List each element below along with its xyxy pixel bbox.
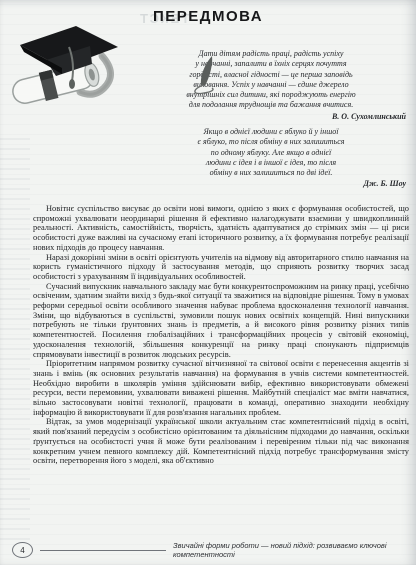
book-page: ТЕКСТ ПЕРЕДМОВА Дати дітям радість праці…: [0, 0, 416, 565]
page-number-badge: 4: [12, 542, 33, 558]
paragraph-3: Сучасний випускник навчального закладу м…: [33, 282, 409, 360]
epigraph-author: Дж. Б. Шоу: [134, 179, 408, 189]
paragraph-1: Новітнє суспільство висуває до освіти но…: [33, 204, 409, 253]
epigraph-text: Якщо в однієї людини є яблуко й у іншої …: [134, 127, 408, 178]
quill-pen-icon: [190, 55, 220, 95]
paragraph-5: Відтак, за умов модернізації української…: [33, 417, 409, 466]
left-margin-bleed-texture: [0, 130, 30, 540]
epigraph-author: В. О. Сухомлинський: [134, 112, 408, 122]
footer-divider-line: [40, 550, 166, 551]
page-footer: 4 Звичайні форми роботи — новий підхід: …: [12, 541, 408, 559]
preface-body: Новітнє суспільство висуває до освіти но…: [33, 204, 409, 466]
paragraph-2: Наразі докорінні зміни в освіті орієнтую…: [33, 253, 409, 282]
epigraph-text: Дати дітям радість праці, радість успіху…: [134, 49, 408, 111]
epigraph-sukhomlynsky: Дати дітям радість праці, радість успіху…: [134, 49, 408, 122]
paragraph-4: Пріоритетним напрямом розвитку сучасної …: [33, 359, 409, 417]
epigraph-shaw: Якщо в однієї людини є яблуко й у іншої …: [134, 127, 408, 190]
footer-running-title: Звичайні форми роботи — новий підхід: ро…: [173, 541, 408, 559]
graduation-cap-icon: [6, 12, 124, 116]
